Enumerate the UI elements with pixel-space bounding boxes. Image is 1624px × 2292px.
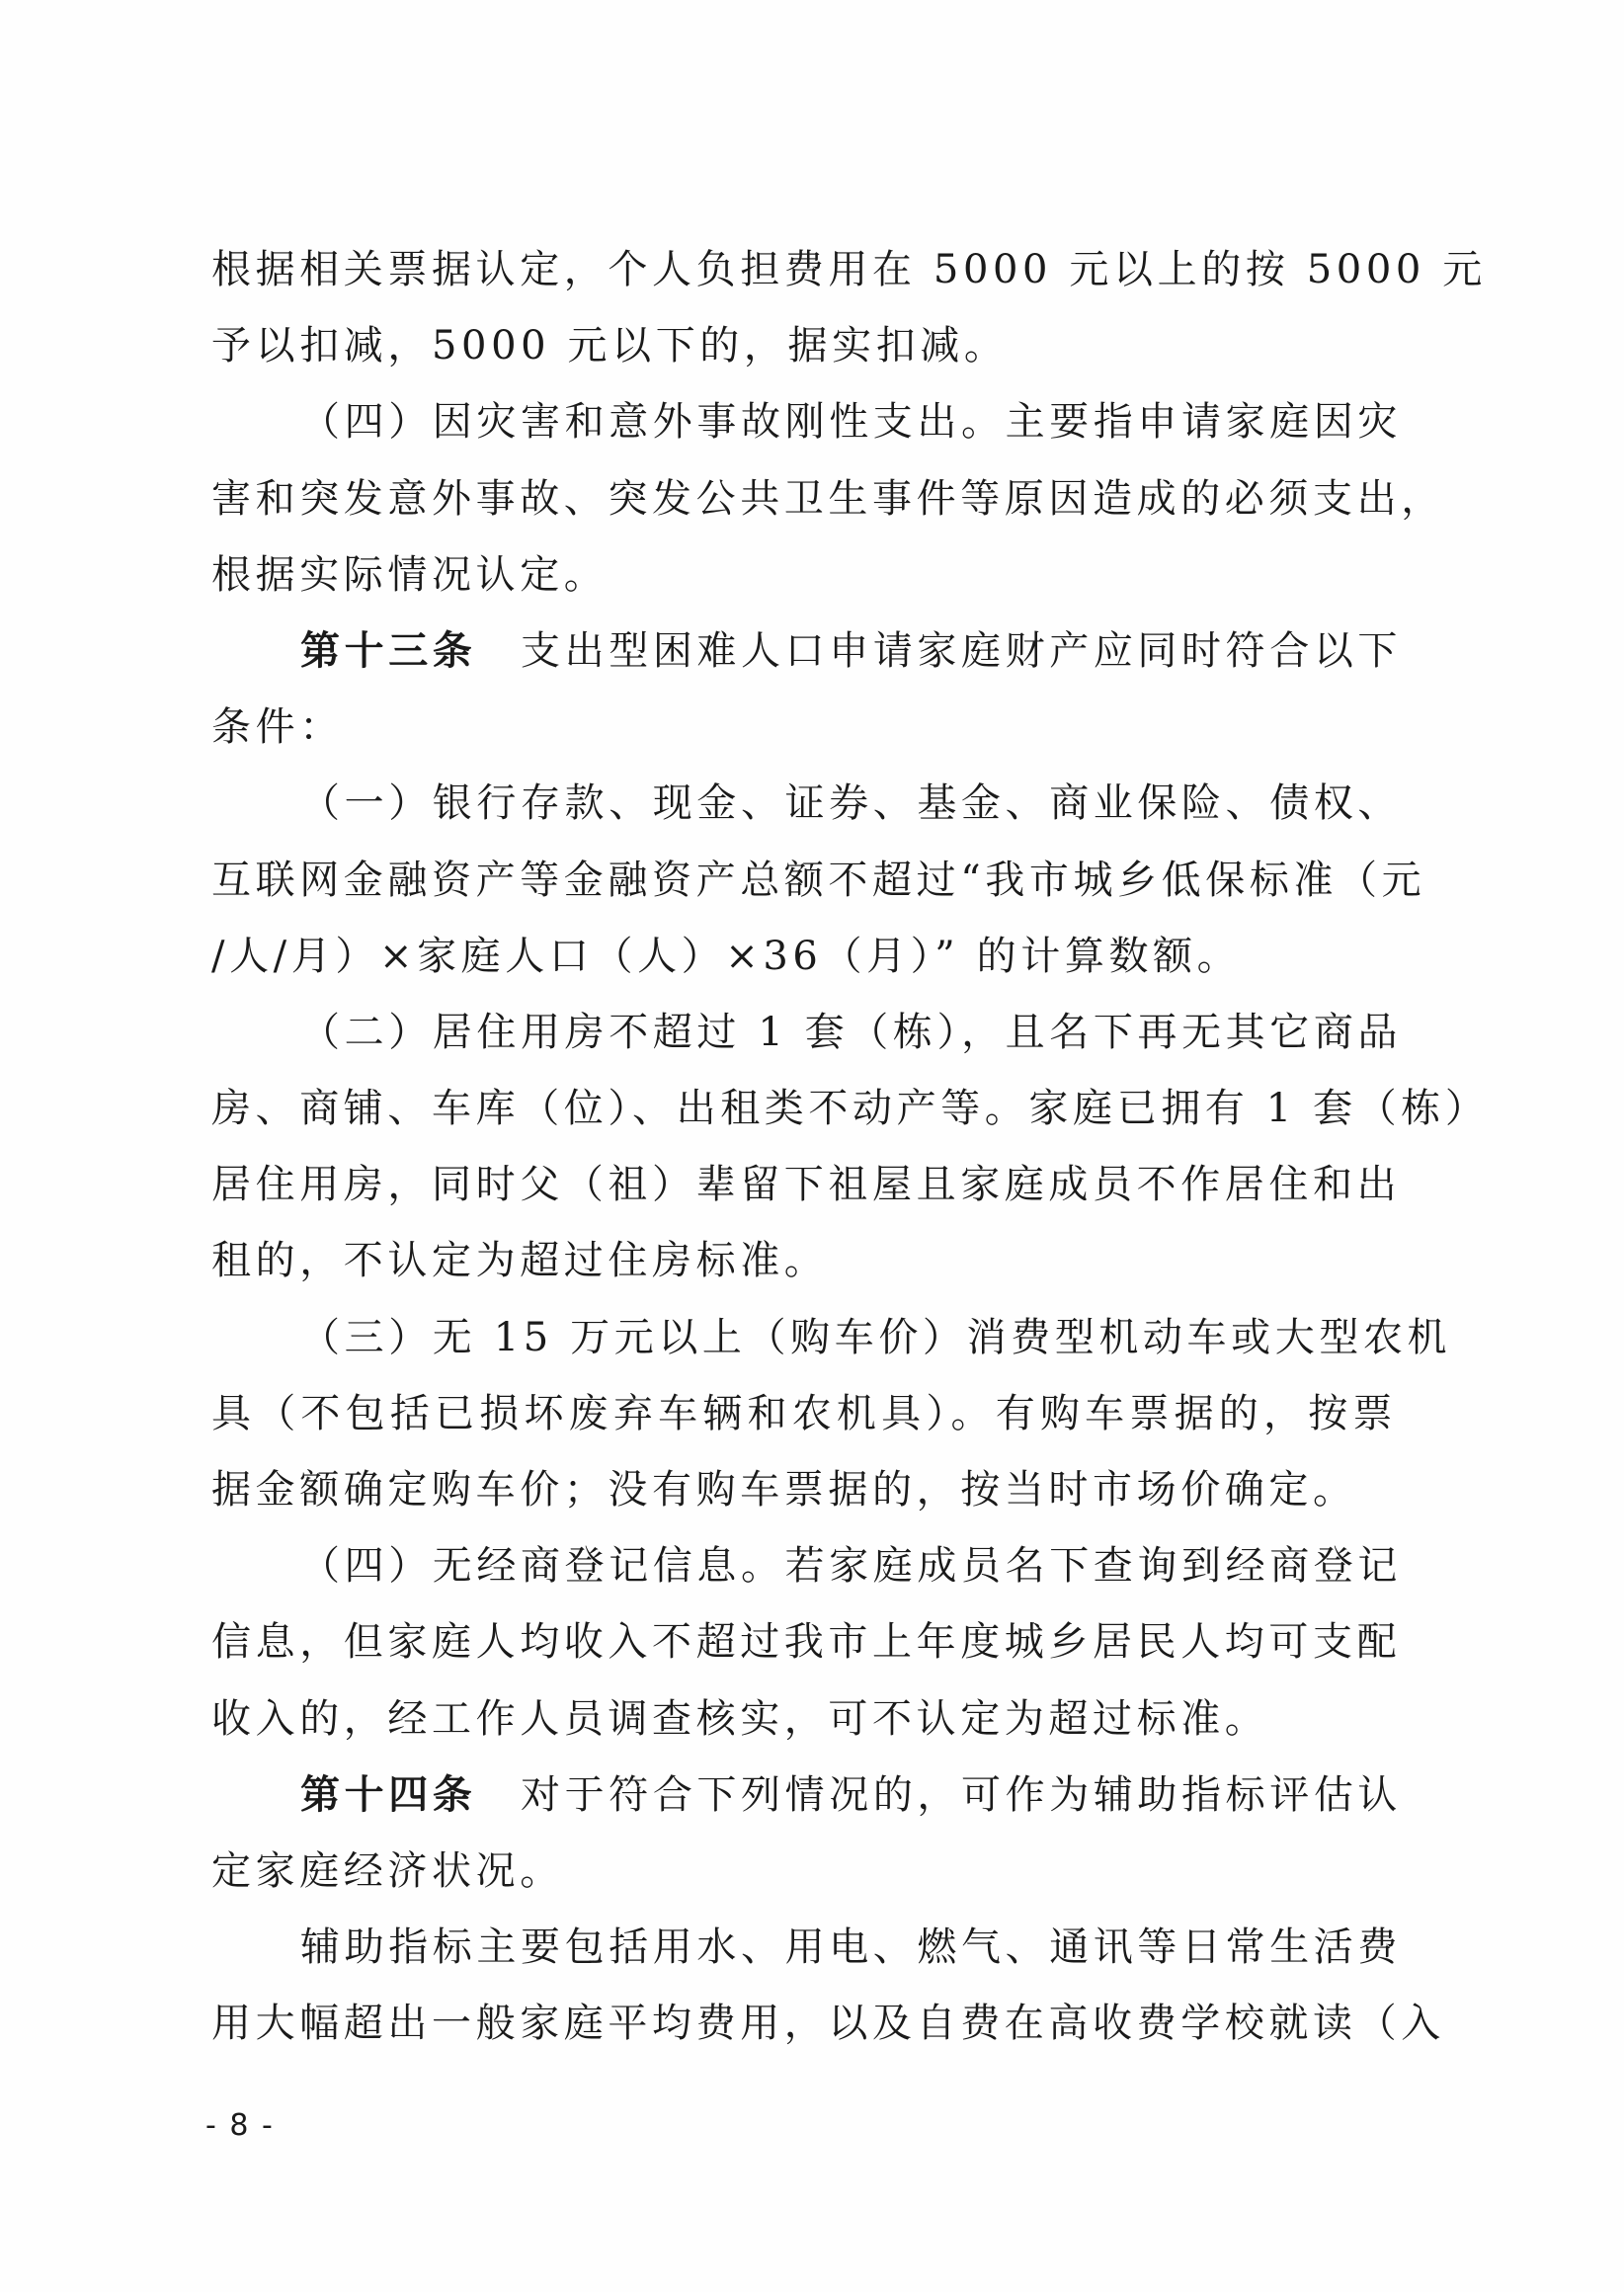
text-line: 收入的，经工作人员调查核实，可不认定为超过标准。 bbox=[211, 1692, 1397, 1768]
text-line: （四）因灾害和意外事故刚性支出。主要指申请家庭因灾 bbox=[211, 395, 1397, 471]
text-line: 定家庭经济状况。 bbox=[211, 1844, 1397, 1921]
article-number: 第十四条 bbox=[300, 1771, 476, 1818]
article-text: 对于符合下列情况的，可作为辅助指标评估认 bbox=[521, 1772, 1402, 1818]
text-line: （三）无 15 万元以上（购车价）消费型机动车或大型农机 bbox=[211, 1311, 1397, 1387]
text-line: 互联网金融资产等金融资产总额不超过“我市城乡低保标准（元 bbox=[211, 854, 1397, 930]
text-line: 用大幅超出一般家庭平均费用，以及自费在高收费学校就读（入 bbox=[211, 1997, 1397, 2073]
text-line: （二）居住用房不超过 1 套（栋），且名下再无其它商品 bbox=[211, 1006, 1397, 1082]
text-line: 据金额确定购车价；没有购车票据的，按当时市场价确定。 bbox=[211, 1463, 1397, 1539]
text-line: 予以扣减，5000 元以下的，据实扣减。 bbox=[211, 319, 1397, 395]
text-line: 房、商铺、车库（位）、出租类不动产等。家庭已拥有 1 套（栋） bbox=[211, 1082, 1397, 1158]
article-text: 支出型困难人口申请家庭财产应同时符合以下 bbox=[521, 628, 1402, 674]
article-heading-line: 第十三条 支出型困难人口申请家庭财产应同时符合以下 bbox=[211, 624, 1397, 700]
article-text bbox=[476, 1772, 521, 1818]
text-line: 辅助指标主要包括用水、用电、燃气、通讯等日常生活费 bbox=[211, 1921, 1397, 1997]
text-line: 害和突发意外事故、突发公共卫生事件等原因造成的必须支出， bbox=[211, 472, 1397, 548]
text-line: 条件： bbox=[211, 700, 1397, 777]
text-line: /人/月）×家庭人口（人）×36（月）” 的计算数额。 bbox=[211, 930, 1397, 1006]
page-number: - 8 - bbox=[205, 2108, 275, 2143]
article-heading-line: 第十四条 对于符合下列情况的，可作为辅助指标评估认 bbox=[211, 1768, 1397, 1844]
document-page: 根据相关票据认定，个人负担费用在 5000 元以上的按 5000 元 予以扣减，… bbox=[0, 0, 1624, 2292]
text-line: 信息，但家庭人均收入不超过我市上年度城乡居民人均可支配 bbox=[211, 1615, 1397, 1691]
document-body: 根据相关票据认定，个人负担费用在 5000 元以上的按 5000 元 予以扣减，… bbox=[211, 243, 1397, 2074]
text-line: 根据实际情况认定。 bbox=[211, 548, 1397, 624]
text-line: 具（不包括已损坏废弃车辆和农机具）。有购车票据的，按票 bbox=[211, 1387, 1397, 1463]
text-line: （四）无经商登记信息。若家庭成员名下查询到经商登记 bbox=[211, 1539, 1397, 1615]
article-text bbox=[476, 628, 521, 674]
text-line: 根据相关票据认定，个人负担费用在 5000 元以上的按 5000 元 bbox=[211, 243, 1397, 319]
text-line: 租的，不认定为超过住房标准。 bbox=[211, 1234, 1397, 1310]
article-number: 第十三条 bbox=[300, 627, 476, 674]
text-line: （一）银行存款、现金、证券、基金、商业保险、债权、 bbox=[211, 777, 1397, 853]
text-line: 居住用房，同时父（祖）辈留下祖屋且家庭成员不作居住和出 bbox=[211, 1158, 1397, 1234]
